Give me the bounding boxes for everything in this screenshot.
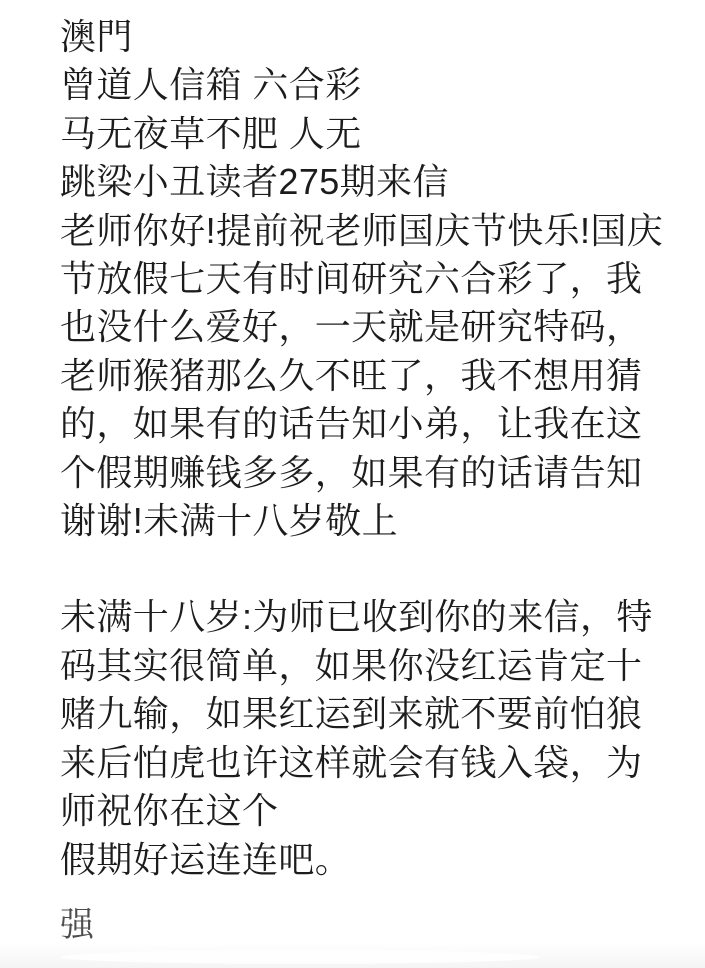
signature: 强 [60,901,691,949]
reply-line: 未满十八岁:为师已收到你的来信，特 [60,593,691,641]
reply-line: 来后怕虎也许这样就会有钱入袋，为 [60,739,691,787]
header-line-issue: 跳梁小丑读者275期来信 [60,158,691,206]
letter-line: 老师你好!提前祝老师国庆节快乐!国庆 [60,207,691,255]
letter-block: 老师你好!提前祝老师国庆节快乐!国庆 节放假七天有时间研究六合彩了，我 也没什么… [60,207,691,546]
letter-line: 个假期赚钱多多，如果有的话请告知 [60,449,691,497]
header-block: 澳門 曾道人信箱 六合彩 马无夜草不肥 人无 跳梁小丑读者275期来信 [60,13,691,207]
reply-line: 师祝你在这个 [60,787,691,835]
reply-line: 假期好运连连吧。 [60,836,691,884]
reply-block: 未满十八岁:为师已收到你的来信，特 码其实很简单，如果你没红运肯定十 赌九输，如… [60,593,691,883]
letter-line: 老师猴猪那么久不旺了，我不想用猜 [60,352,691,400]
reply-line: 码其实很简单，如果你没红运肯定十 [60,642,691,690]
document: 澳門 曾道人信箱 六合彩 马无夜草不肥 人无 跳梁小丑读者275期来信 老师你好… [60,13,691,949]
letter-line: 谢谢!未满十八岁敬上 [60,497,691,545]
header-line-proverb: 马无夜草不肥 人无 [60,110,691,158]
letter-line: 的，如果有的话告知小弟，让我在这 [60,400,691,448]
reply-line: 赌九输，如果红运到来就不要前怕狼 [60,690,691,738]
header-line-title: 曾道人信箱 六合彩 [60,61,691,109]
letter-line: 也没什么爱好，一天就是研究特码， [60,303,691,351]
header-line-region: 澳門 [60,13,691,61]
letter-line: 节放假七天有时间研究六合彩了，我 [60,255,691,303]
